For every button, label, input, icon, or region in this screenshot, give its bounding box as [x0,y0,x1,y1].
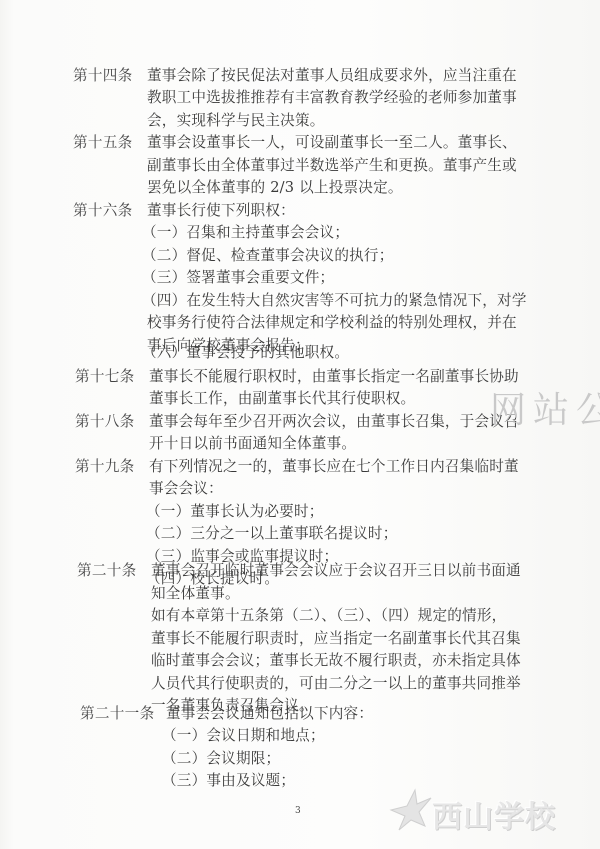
article-text-line: 校事务行使符合法律规定和学校利益的特别处理权，并在 [147,313,517,333]
article-text-line: （六）董事会授予的其他职权。 [142,343,349,363]
article-text-line: 人员代其行使职责的，可由二分之一以上的董事共同推举 [151,674,521,694]
article-label: 第十九条 [75,457,135,477]
article-label: 第二十一条 [80,704,154,724]
article-text-line: 副董事长由全体董事过半数选举产生和更换。董事产生或 [147,156,517,176]
article-label: 第十五条 [73,133,133,153]
article-text-line: 如有本章第十五条第（二）、（三）、（四）规定的情形， [151,606,506,626]
article-text-line: 知全体董事。 [151,584,240,604]
article-text-line: （二）督促、检查董事会决议的执行； [142,246,394,266]
article-text-line: 董事长不能履行职权时，由董事长指定一名副董事长协助 [149,367,519,387]
article-text-line: （四）在发生特大自然灾害等不可抗力的紧急情况下，对学 [142,291,527,311]
article-text-line: 有下列情况之一的，董事长应在七个工作日内召集临时董 [149,457,519,477]
school-name: 西山学校 [432,792,556,836]
article-text-line: 教职工中选拔推推荐有丰富教育教学经验的老师参加董事 [147,88,517,108]
article-text-line: （三）事由及议题； [162,771,295,791]
article-text-line: 罢免以全体董事的 2/3 以上投票决定。 [147,178,403,198]
article-text-line: 临时董事会会议；董事长无故不履行职责，亦未指定具体 [151,651,521,671]
article-label: 第十四条 [73,66,133,86]
page-number: 3 [295,806,301,816]
article-text-line: 董事会每年至少召开两次会议，由董事长召集，于会议召 [149,412,519,432]
article-label: 第十八条 [75,412,135,432]
article-text-line: 董事会召开临时董事会会议应于会议召开三日以前书面通 [151,561,521,581]
article-text-line: 董事会设董事长一人，可设副董事长一至二人。董事长、 [147,133,517,153]
document-page: 第十四条 董事会除了按民促法对董事人员组成要求外，应当注重在 教职工中选拔推推荐… [0,0,600,849]
article-text-line: 开十日以前书面通知全体董事。 [149,434,356,454]
article-text-line: 董事长不能履行职责时，应当指定一名副董事长代其召集 [151,629,521,649]
school-logo-watermark: 西山学校 [385,788,585,832]
article-text-line: （二）三分之一以上董事联名提议时； [146,524,398,544]
article-text-line: （三）签署董事会重要文件； [142,268,334,288]
article-text-line: （一）会议日期和地点； [162,726,325,746]
article-text-line: （二）会议期限； [162,749,280,769]
article-text-line: 董事会会议通知包括以下内容： [166,704,373,724]
article-label: 第二十条 [77,561,137,581]
article-text-line: 董事会除了按民促法对董事人员组成要求外，应当注重在 [147,66,517,86]
article-text-line: （一）召集和主持董事会会议； [142,223,349,243]
star-logo-icon [385,788,437,832]
article-text-line: 会，实现科学与民主决策。 [147,111,325,131]
article-text-line: 事会会议： [149,479,223,499]
site-notice-watermark: 网站公示 [490,382,600,433]
article-label: 第十七条 [75,367,135,387]
article-text-line: （一）董事长认为必要时； [146,502,324,522]
article-text-line: 董事长行使下列职权： [147,201,295,221]
article-text-line: 董事长工作，由副董事长代其行使职权。 [149,389,415,409]
article-label: 第十六条 [73,201,133,221]
